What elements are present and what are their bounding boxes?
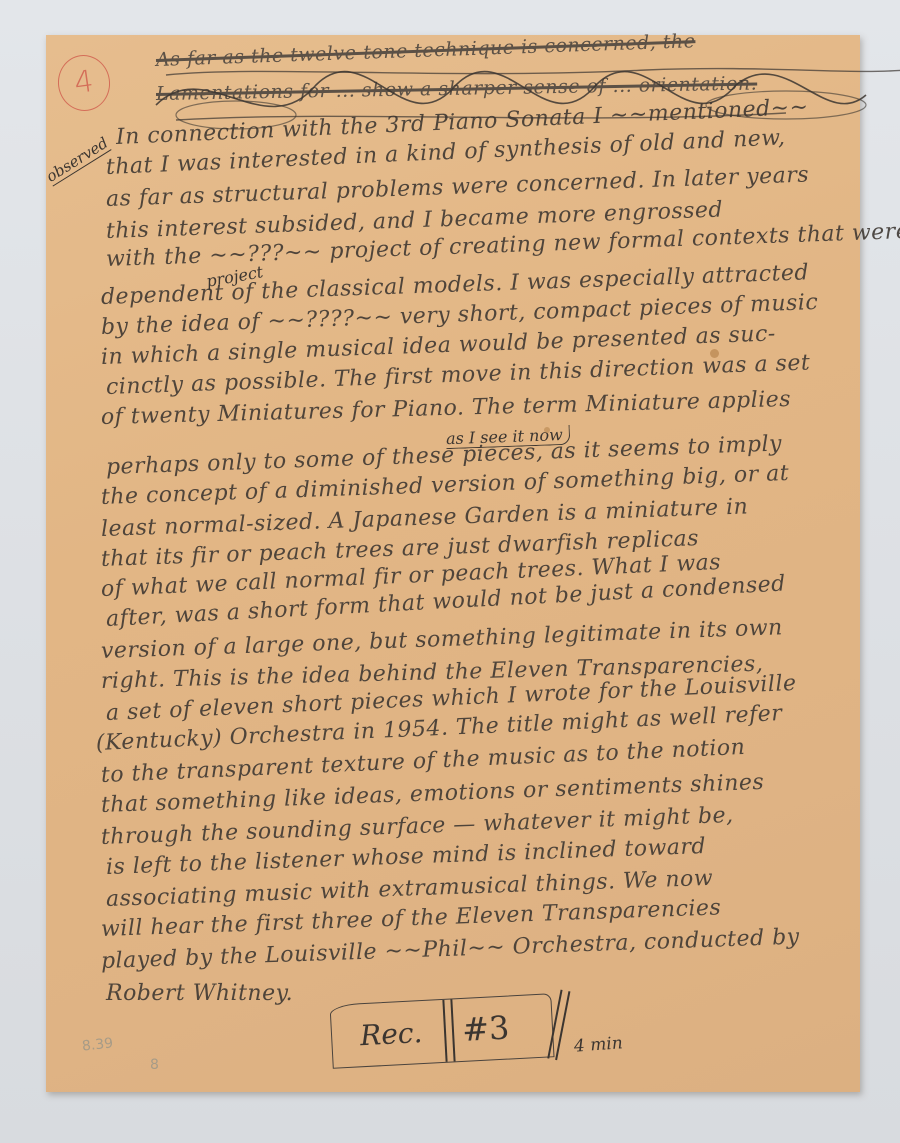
recording-number: #3	[461, 1008, 510, 1048]
paper-stain	[544, 427, 550, 433]
recording-duration: 4 min	[573, 1033, 623, 1056]
recording-marker-box: Rec. #3	[329, 993, 554, 1069]
paper-stain	[710, 349, 719, 358]
pencil-note-time: 8.39	[81, 1035, 114, 1054]
double-bar-icon	[443, 999, 456, 1061]
manuscript-line-28: Robert Whitney.	[106, 981, 293, 1006]
recording-label: Rec.	[359, 1016, 423, 1052]
crossed-out-line-1: As far as the twelve-tone technique is c…	[156, 30, 696, 71]
page-number-circled: 4	[54, 52, 113, 115]
manuscript-page: 4 As far as the twelve-tone technique is…	[46, 35, 860, 1092]
pencil-note-number: 8	[150, 1057, 159, 1073]
margin-annotation-observed: observed	[43, 134, 112, 187]
double-bar-tail-icon	[547, 990, 570, 1061]
